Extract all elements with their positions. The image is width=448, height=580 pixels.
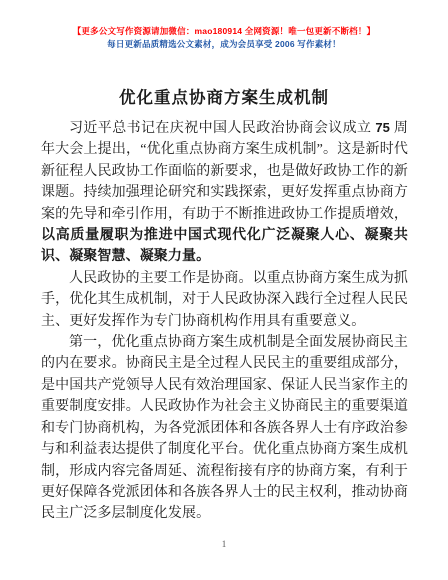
document-page: 【更多公文写作资源请加微信：mao180914 全网资源！唯一包更新不断档！】 … xyxy=(0,0,448,580)
text-segment: 习近平总书记在庆祝中国人民政治协商会议成立 xyxy=(69,121,375,136)
ad-line-red: 【更多公文写作资源请加微信：mao180914 全网资源！唯一包更新不断档！】 xyxy=(0,26,448,37)
text-segment: 人民政协的主要工作是协商。以重点协商方案生成为抓手，优化其生成机制，对于人民政协… xyxy=(41,271,408,329)
paragraph: 第一，优化重点协商方案生成机制是全面发展协商民主的内在要求。协商民主是全过程人民… xyxy=(41,332,408,525)
ad-header: 【更多公文写作资源请加微信：mao180914 全网资源！唯一包更新不断档！】 … xyxy=(0,0,448,50)
paragraph: 习近平总书记在庆祝中国人民政治协商会议成立 75 周年大会上提出，“优化重点协商… xyxy=(41,117,408,268)
ad-line-blue: 每日更新品质精选公文素材，成为会员享受 2006 写作素材！ xyxy=(0,39,448,50)
text-segment: 周年大会上提出，“优化重点协商方案生成机制”。这是新时代新征程人民政协工作面临的… xyxy=(41,121,408,222)
text-segment: 第一，优化重点协商方案生成机制是全面发展协商民主的内在要求。协商民主是全过程人民… xyxy=(41,335,408,521)
document-body: 习近平总书记在庆祝中国人民政治协商会议成立 75 周年大会上提出，“优化重点协商… xyxy=(0,117,448,525)
text-segment-bold: 75 xyxy=(375,120,390,135)
page-number: 1 xyxy=(0,539,448,549)
document-title: 优化重点协商方案生成机制 xyxy=(0,84,448,108)
paragraph: 人民政协的主要工作是协商。以重点协商方案生成为抓手，优化其生成机制，对于人民政协… xyxy=(41,268,408,332)
text-segment-bold: 以高质量履职为推进中国式现代化广泛凝聚人心、凝聚共识、凝聚智慧、凝聚力量。 xyxy=(41,228,408,264)
